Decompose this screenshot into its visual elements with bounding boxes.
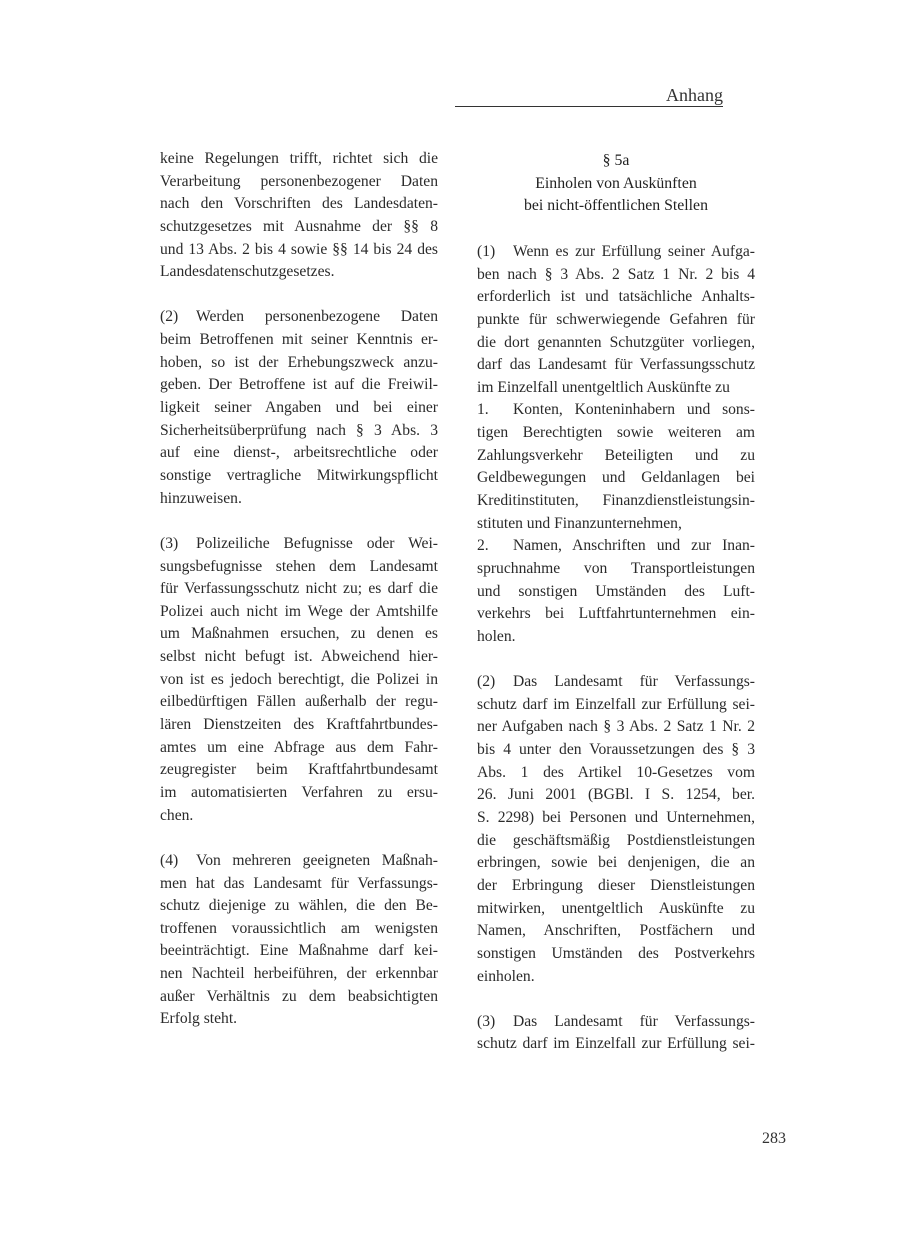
text-line: S. 2298) bei Personen und Unternehmen, bbox=[477, 807, 755, 830]
text-line: (2)Werden personenbezogene Daten bbox=[160, 306, 438, 329]
section-number: § 5a bbox=[477, 150, 755, 173]
text-line: darf das Landesamt für Verfassungsschutz bbox=[477, 354, 755, 377]
text-line: ner Aufgaben nach § 3 Abs. 2 Satz 1 Nr. … bbox=[477, 716, 755, 739]
text-line: und 13 Abs. 2 bis 4 sowie §§ 14 bis 24 d… bbox=[160, 239, 438, 262]
text-line: Sicherheitsüberprüfung nach § 3 Abs. 3 bbox=[160, 420, 438, 443]
text-line: bis 4 unter den Voraussetzungen des § 3 bbox=[477, 739, 755, 762]
section-title-line: bei nicht-öffentlichen Stellen bbox=[477, 195, 755, 218]
text-line: Polizei auch nicht im Wege der Amtshilfe bbox=[160, 601, 438, 624]
text-line: Namen, Anschriften, Postfächern und bbox=[477, 920, 755, 943]
text-line: erforderlich ist und tatsächliche Anhalt… bbox=[477, 286, 755, 309]
text-line: geben. Der Betroffene ist auf die Freiwi… bbox=[160, 374, 438, 397]
text-fragment: Das Landesamt für Verfassungs- bbox=[513, 1013, 755, 1030]
text-line: amtes um eine Abfrage aus dem Fahr- bbox=[160, 737, 438, 760]
text-line: ben nach § 3 Abs. 2 Satz 1 Nr. 2 bis 4 bbox=[477, 264, 755, 287]
text-line: nen Nachteil herbeiführen, der erkennbar bbox=[160, 963, 438, 986]
text-line: lären Dienstzeiten des Kraftfahrtbundes- bbox=[160, 714, 438, 737]
text-line: die geschäftsmäßig Postdienstleistungen bbox=[477, 830, 755, 853]
page-number: 283 bbox=[740, 1130, 786, 1148]
text-line: spruchnahme von Transportleistungen bbox=[477, 558, 755, 581]
list-item-line: 2.Namen, Anschriften und zur Inan- bbox=[477, 535, 755, 558]
text-line: Verarbeitung personenbezogener Daten bbox=[160, 171, 438, 194]
text-line: Landesdatenschutzgesetzes. bbox=[160, 261, 438, 284]
text-line: und sonstigen Umständen des Luft- bbox=[477, 581, 755, 604]
text-line: von ist es jedoch berechtigt, die Polize… bbox=[160, 669, 438, 692]
right-column: (1)Wenn es zur Erfüllung seiner Aufga- b… bbox=[477, 241, 755, 1079]
text-line: schutz diejenige zu wählen, die den Be- bbox=[160, 895, 438, 918]
text-line: selbst nicht befugt ist. Abweichend hier… bbox=[160, 646, 438, 669]
text-line: holen. bbox=[477, 626, 755, 649]
text-line: 26. Juni 2001 (BGBl. I S. 1254, ber. bbox=[477, 784, 755, 807]
paragraph-number: (3) bbox=[477, 1011, 513, 1034]
paragraph-3: (3)Polizeiliche Befugnisse oder Wei- sun… bbox=[160, 533, 438, 827]
paragraph-2: (2)Werden personenbezogene Daten beim Be… bbox=[160, 306, 438, 510]
text-line: die dort genannten Schutzgüter vorliegen… bbox=[477, 332, 755, 355]
text-line: einholen. bbox=[477, 966, 755, 989]
text-line: beim Betroffenen mit seiner Kenntnis er- bbox=[160, 329, 438, 352]
paragraph-number: (2) bbox=[477, 671, 513, 694]
text-line: beeinträchtigt. Eine Maßnahme darf kei- bbox=[160, 940, 438, 963]
paragraph-number: (1) bbox=[477, 241, 513, 264]
text-line: ligkeit seiner Angaben und bei einer bbox=[160, 397, 438, 420]
text-line: nach den Vorschriften des Landesdaten- bbox=[160, 193, 438, 216]
paragraph-number: (3) bbox=[160, 533, 196, 556]
text-line: punkte für schwerwiegende Gefahren für bbox=[477, 309, 755, 332]
text-line: (2)Das Landesamt für Verfassungs- bbox=[477, 671, 755, 694]
section-heading: § 5a Einholen von Auskünften bei nicht-ö… bbox=[477, 150, 755, 218]
text-line: (3)Polizeiliche Befugnisse oder Wei- bbox=[160, 533, 438, 556]
text-line: im Einzelfall unentgeltlich Auskünfte zu bbox=[477, 377, 755, 400]
text-fragment: Von mehreren geeigneten Maßnah- bbox=[196, 852, 438, 869]
text-line: verkehrs bei Luftfahrtunternehmen ein- bbox=[477, 603, 755, 626]
text-fragment: Polizeiliche Befugnisse oder Wei- bbox=[196, 535, 438, 552]
text-line: sonstigen Umständen des Postverkehrs bbox=[477, 943, 755, 966]
paragraph-continuation: keine Regelungen trifft, richtet sich di… bbox=[160, 148, 438, 284]
paragraph-number: (2) bbox=[160, 306, 196, 329]
text-line: keine Regelungen trifft, richtet sich di… bbox=[160, 148, 438, 171]
text-line: troffenen voraussichtlich am wenigsten bbox=[160, 918, 438, 941]
text-line: Erfolg steht. bbox=[160, 1008, 438, 1031]
text-line: Abs. 1 des Artikel 10-Gesetzes vom bbox=[477, 762, 755, 785]
text-line: sungsbefugnisse stehen dem Landesamt bbox=[160, 556, 438, 579]
text-fragment: Namen, Anschriften und zur Inan- bbox=[513, 537, 755, 554]
text-line: (3)Das Landesamt für Verfassungs- bbox=[477, 1011, 755, 1034]
text-line: der Erbringung dieser Dienstleistungen bbox=[477, 875, 755, 898]
paragraph-1: (1)Wenn es zur Erfüllung seiner Aufga- b… bbox=[477, 241, 755, 649]
list-item-number: 2. bbox=[477, 535, 513, 558]
text-line: eilbedürftigen Fällen außerhalb der regu… bbox=[160, 691, 438, 714]
text-line: hinzuweisen. bbox=[160, 488, 438, 511]
text-line: zeugregister beim Kraftfahrtbundesamt bbox=[160, 759, 438, 782]
text-line: um Maßnahmen ersuchen, zu denen es bbox=[160, 623, 438, 646]
paragraph-number: (4) bbox=[160, 850, 196, 873]
text-fragment: Konten, Konteninhabern und sons- bbox=[513, 401, 755, 418]
section-title-line: Einholen von Auskünften bbox=[477, 173, 755, 196]
text-line: schutz darf im Einzelfall zur Erfüllung … bbox=[477, 694, 755, 717]
list-item-number: 1. bbox=[477, 399, 513, 422]
text-fragment: Wenn es zur Erfüllung seiner Aufga- bbox=[513, 243, 755, 260]
text-line: schutzgesetzes mit Ausnahme der §§ 8 bbox=[160, 216, 438, 239]
left-column: keine Regelungen trifft, richtet sich di… bbox=[160, 148, 438, 1054]
text-line: für Verfassungsschutz nicht zu; es darf … bbox=[160, 578, 438, 601]
text-line: erbringen, sowie bei denjenigen, die an bbox=[477, 852, 755, 875]
text-line: im automatisierten Verfahren zu ersu- bbox=[160, 782, 438, 805]
text-line: (4)Von mehreren geeigneten Maßnah- bbox=[160, 850, 438, 873]
text-line: chen. bbox=[160, 805, 438, 828]
text-line: Kreditinstituten, Finanzdienstleistungsi… bbox=[477, 490, 755, 513]
paragraph-2: (2)Das Landesamt für Verfassungs- schutz… bbox=[477, 671, 755, 988]
text-line: mitwirken, unentgeltlich Auskünfte zu bbox=[477, 898, 755, 921]
text-line: hoben, so ist der Erhebungszweck anzu- bbox=[160, 352, 438, 375]
text-line: auf eine dienst-, arbeitsrechtliche oder bbox=[160, 442, 438, 465]
text-line: tigen Berechtigten sowie weiteren am bbox=[477, 422, 755, 445]
text-line: (1)Wenn es zur Erfüllung seiner Aufga- bbox=[477, 241, 755, 264]
running-head: Anhang bbox=[455, 84, 723, 106]
text-line: men hat das Landesamt für Verfassungs- bbox=[160, 873, 438, 896]
text-line: Zahlungsverkehr Beteiligten und zu bbox=[477, 445, 755, 468]
paragraph-4: (4)Von mehreren geeigneten Maßnah- men h… bbox=[160, 850, 438, 1031]
text-fragment: Werden personenbezogene Daten bbox=[196, 308, 438, 325]
text-line: Geldbewegungen und Geldanlagen bei bbox=[477, 467, 755, 490]
text-line: stituten und Finanzunternehmen, bbox=[477, 513, 755, 536]
header-rule bbox=[455, 106, 723, 107]
paragraph-3: (3)Das Landesamt für Verfassungs- schutz… bbox=[477, 1011, 755, 1056]
text-line: schutz darf im Einzelfall zur Erfüllung … bbox=[477, 1033, 755, 1056]
text-fragment: Das Landesamt für Verfassungs- bbox=[513, 673, 755, 690]
text-line: außer Verhältnis zu dem beabsichtigten bbox=[160, 986, 438, 1009]
list-item-line: 1.Konten, Konteninhabern und sons- bbox=[477, 399, 755, 422]
text-line: sonstige vertragliche Mitwirkungspflicht bbox=[160, 465, 438, 488]
